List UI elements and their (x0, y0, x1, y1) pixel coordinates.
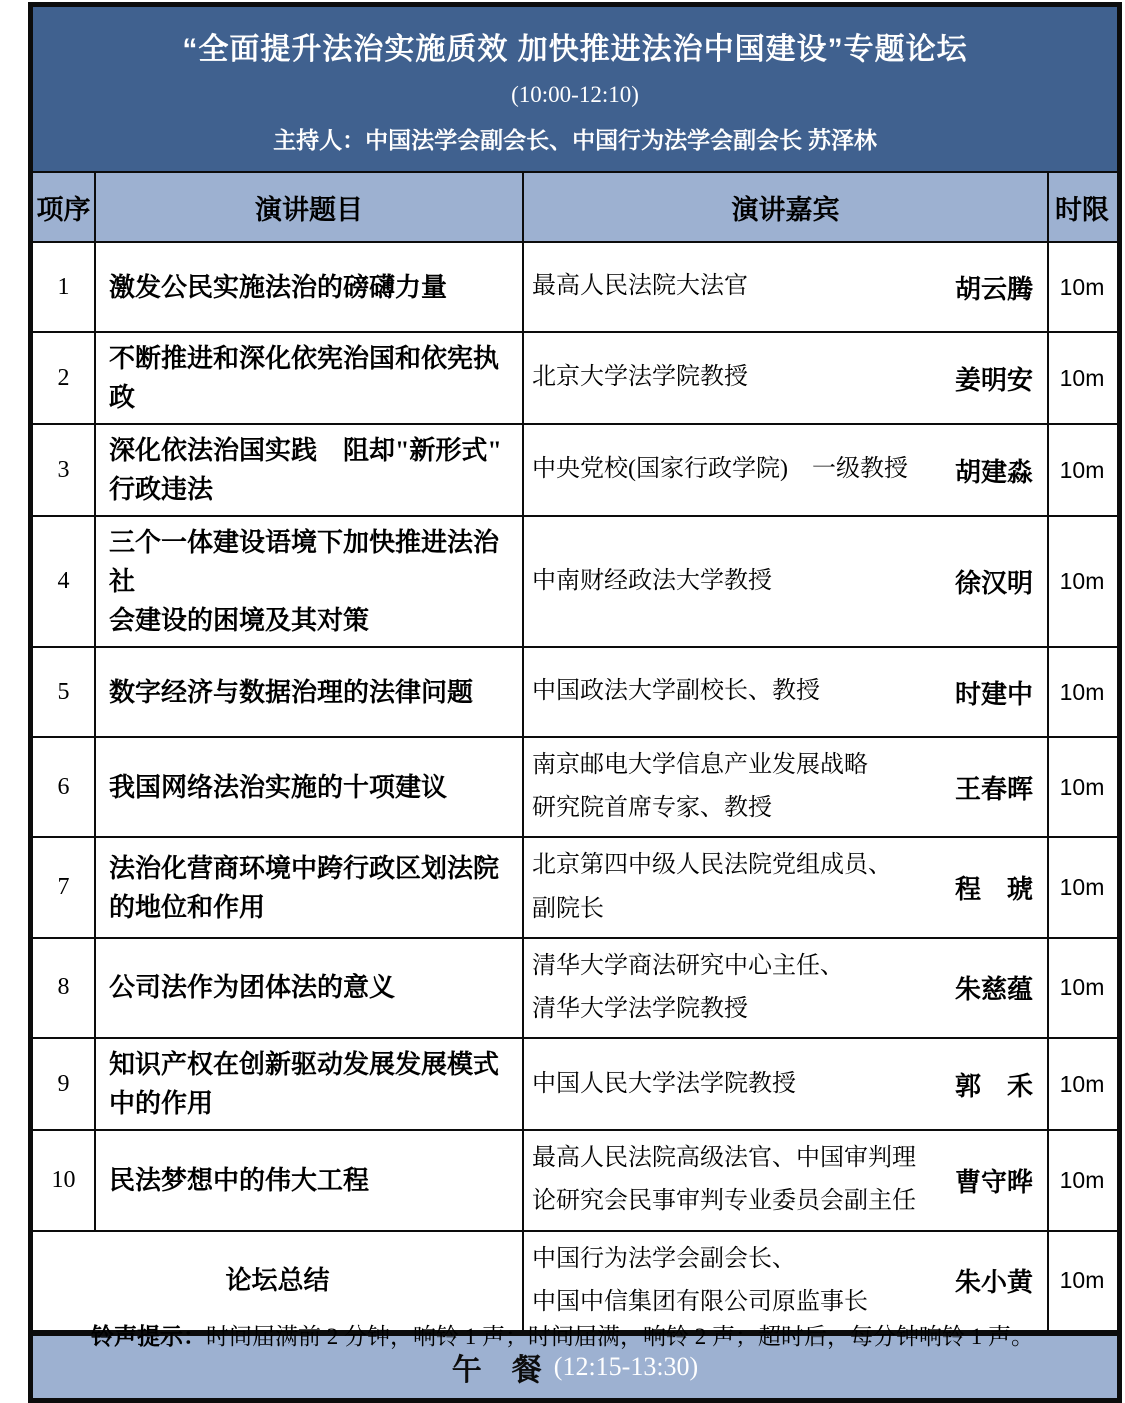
guest-name: 胡建淼 (955, 452, 1033, 489)
summary-title: 论坛总结 (33, 1232, 524, 1330)
guest-affiliation: 清华大学商法研究中心主任、 清华大学法学院教授 (532, 945, 844, 1031)
table-row: 2 不断推进和深化依宪治国和依宪执政 北京大学法学院教授 姜明安 10m (33, 333, 1117, 425)
row-guest: 中国政法大学副校长、教授 时建中 (524, 648, 1049, 736)
forum-host: 主持人：中国法学会副会长、中国行为法学会副会长 苏泽林 (273, 122, 877, 155)
guest-affiliation: 最高人民法院大法官 (532, 265, 748, 308)
guest-name: 郭 禾 (955, 1066, 1033, 1103)
forum-time: (10:00-12:10) (511, 82, 639, 108)
guest-affiliation: 南京邮电大学信息产业发展战略 研究院首席专家、教授 (532, 744, 868, 830)
guest-affiliation: 中央党校(国家行政学院) 一级教授 (532, 448, 908, 491)
guest-name: 徐汉明 (955, 563, 1033, 600)
row-topic: 深化依法治国实践 阻却"新形式" 行政违法 (96, 425, 524, 515)
table-row: 10 民法梦想中的伟大工程 最高人民法院高级法官、中国审判理 论研究会民事审判专… (33, 1131, 1117, 1231)
guest-name: 曹守晔 (955, 1162, 1033, 1199)
row-index: 8 (33, 939, 96, 1037)
guest-affiliation: 最高人民法院高级法官、中国审判理 论研究会民事审判专业委员会副主任 (532, 1137, 916, 1223)
row-time-limit: 10m (1049, 243, 1115, 331)
guest-name: 胡云腾 (955, 269, 1033, 306)
row-time-limit: 10m (1049, 939, 1115, 1037)
guest-name: 朱慈蕴 (955, 969, 1033, 1006)
table-row: 1 激发公民实施法治的磅礴力量 最高人民法院大法官 胡云腾 10m (33, 243, 1117, 333)
row-topic: 法治化营商环境中跨行政区划法院 的地位和作用 (96, 838, 524, 936)
guest-name: 王春晖 (955, 769, 1033, 806)
summary-row: 论坛总结 中国行为法学会副会长、 中国中信集团有限公司原监事长 朱小黄 10m (33, 1232, 1117, 1332)
row-time-limit: 10m (1049, 838, 1115, 936)
row-index: 3 (33, 425, 96, 515)
guest-affiliation: 中南财经政法大学教授 (532, 560, 772, 603)
guest-affiliation: 中国政法大学副校长、教授 (532, 670, 820, 713)
table-row: 8 公司法作为团体法的意义 清华大学商法研究中心主任、 清华大学法学院教授 朱慈… (33, 939, 1117, 1039)
row-guest: 北京大学法学院教授 姜明安 (524, 333, 1049, 423)
row-index: 10 (33, 1131, 96, 1229)
table-row: 9 知识产权在创新驱动发展发展模式 中的作用 中国人民大学法学院教授 郭 禾 1… (33, 1039, 1117, 1131)
table-header-row: 项序 演讲题目 演讲嘉宾 时限 (33, 173, 1117, 243)
column-header-index: 项序 (33, 173, 96, 241)
lunch-label: 午 餐 (452, 1345, 542, 1389)
guest-affiliation: 北京第四中级人民法院党组成员、 副院长 (532, 844, 892, 930)
row-guest: 最高人民法院高级法官、中国审判理 论研究会民事审判专业委员会副主任 曹守晔 (524, 1131, 1049, 1229)
row-index: 2 (33, 333, 96, 423)
row-time-limit: 10m (1049, 425, 1115, 515)
guest-affiliation: 北京大学法学院教授 (532, 356, 748, 399)
row-guest: 南京邮电大学信息产业发展战略 研究院首席专家、教授 王春晖 (524, 738, 1049, 836)
forum-banner: “全面提升法治实施质效 加快推进法治中国建设”专题论坛 (10:00-12:10… (33, 7, 1117, 173)
row-index: 6 (33, 738, 96, 836)
column-header-limit: 时限 (1049, 173, 1115, 241)
lunch-time: (12:15-13:30) (554, 1352, 698, 1382)
row-time-limit: 10m (1049, 1039, 1115, 1129)
row-index: 7 (33, 838, 96, 936)
row-topic: 民法梦想中的伟大工程 (96, 1131, 524, 1229)
guest-name: 朱小黄 (955, 1262, 1033, 1299)
column-header-topic: 演讲题目 (96, 173, 524, 241)
guest-name: 时建中 (955, 674, 1033, 711)
row-topic: 不断推进和深化依宪治国和依宪执政 (96, 333, 524, 423)
summary-guest: 中国行为法学会副会长、 中国中信集团有限公司原监事长 朱小黄 (524, 1232, 1049, 1330)
row-guest: 中央党校(国家行政学院) 一级教授 胡建淼 (524, 425, 1049, 515)
table-row: 6 我国网络法治实施的十项建议 南京邮电大学信息产业发展战略 研究院首席专家、教… (33, 738, 1117, 838)
row-index: 4 (33, 517, 96, 646)
bell-reminder-note: 铃声提示：时间届满前 2 分钟，响铃 1 声；时间届满，响铃 2 声；超时后，每… (0, 1318, 1125, 1351)
bell-reminder-text: 时间届满前 2 分钟，响铃 1 声；时间届满，响铃 2 声；超时后，每分钟响铃 … (206, 1324, 1034, 1349)
row-time-limit: 10m (1049, 738, 1115, 836)
table-row: 5 数字经济与数据治理的法律问题 中国政法大学副校长、教授 时建中 10m (33, 648, 1117, 738)
bell-reminder-label: 铃声提示： (91, 1323, 206, 1349)
column-header-guest: 演讲嘉宾 (524, 173, 1049, 241)
guest-name: 姜明安 (955, 360, 1033, 397)
row-topic: 我国网络法治实施的十项建议 (96, 738, 524, 836)
guest-affiliation: 中国行为法学会副会长、 中国中信集团有限公司原监事长 (532, 1238, 868, 1324)
forum-title: “全面提升法治实施质效 加快推进法治中国建设”专题论坛 (182, 24, 967, 68)
row-guest: 最高人民法院大法官 胡云腾 (524, 243, 1049, 331)
row-topic: 知识产权在创新驱动发展发展模式 中的作用 (96, 1039, 524, 1129)
table-row: 3 深化依法治国实践 阻却"新形式" 行政违法 中央党校(国家行政学院) 一级教… (33, 425, 1117, 517)
row-guest: 中南财经政法大学教授 徐汉明 (524, 517, 1049, 646)
row-time-limit: 10m (1049, 648, 1115, 736)
row-guest: 中国人民大学法学院教授 郭 禾 (524, 1039, 1049, 1129)
row-topic: 数字经济与数据治理的法律问题 (96, 648, 524, 736)
row-time-limit: 10m (1049, 333, 1115, 423)
row-index: 9 (33, 1039, 96, 1129)
table-row: 7 法治化营商环境中跨行政区划法院 的地位和作用 北京第四中级人民法院党组成员、… (33, 838, 1117, 938)
row-topic: 三个一体建设语境下加快推进法治社 会建设的困境及其对策 (96, 517, 524, 646)
row-topic: 激发公民实施法治的磅礴力量 (96, 243, 524, 331)
guest-affiliation: 中国人民大学法学院教授 (532, 1063, 796, 1106)
table-row: 4 三个一体建设语境下加快推进法治社 会建设的困境及其对策 中南财经政法大学教授… (33, 517, 1117, 648)
row-time-limit: 10m (1049, 1131, 1115, 1229)
forum-agenda-table: “全面提升法治实施质效 加快推进法治中国建设”专题论坛 (10:00-12:10… (28, 2, 1122, 1403)
row-topic: 公司法作为团体法的意义 (96, 939, 524, 1037)
row-guest: 北京第四中级人民法院党组成员、 副院长 程 琥 (524, 838, 1049, 936)
row-guest: 清华大学商法研究中心主任、 清华大学法学院教授 朱慈蕴 (524, 939, 1049, 1037)
row-index: 1 (33, 243, 96, 331)
guest-name: 程 琥 (955, 869, 1033, 906)
row-index: 5 (33, 648, 96, 736)
summary-time-limit: 10m (1049, 1232, 1115, 1330)
row-time-limit: 10m (1049, 517, 1115, 646)
